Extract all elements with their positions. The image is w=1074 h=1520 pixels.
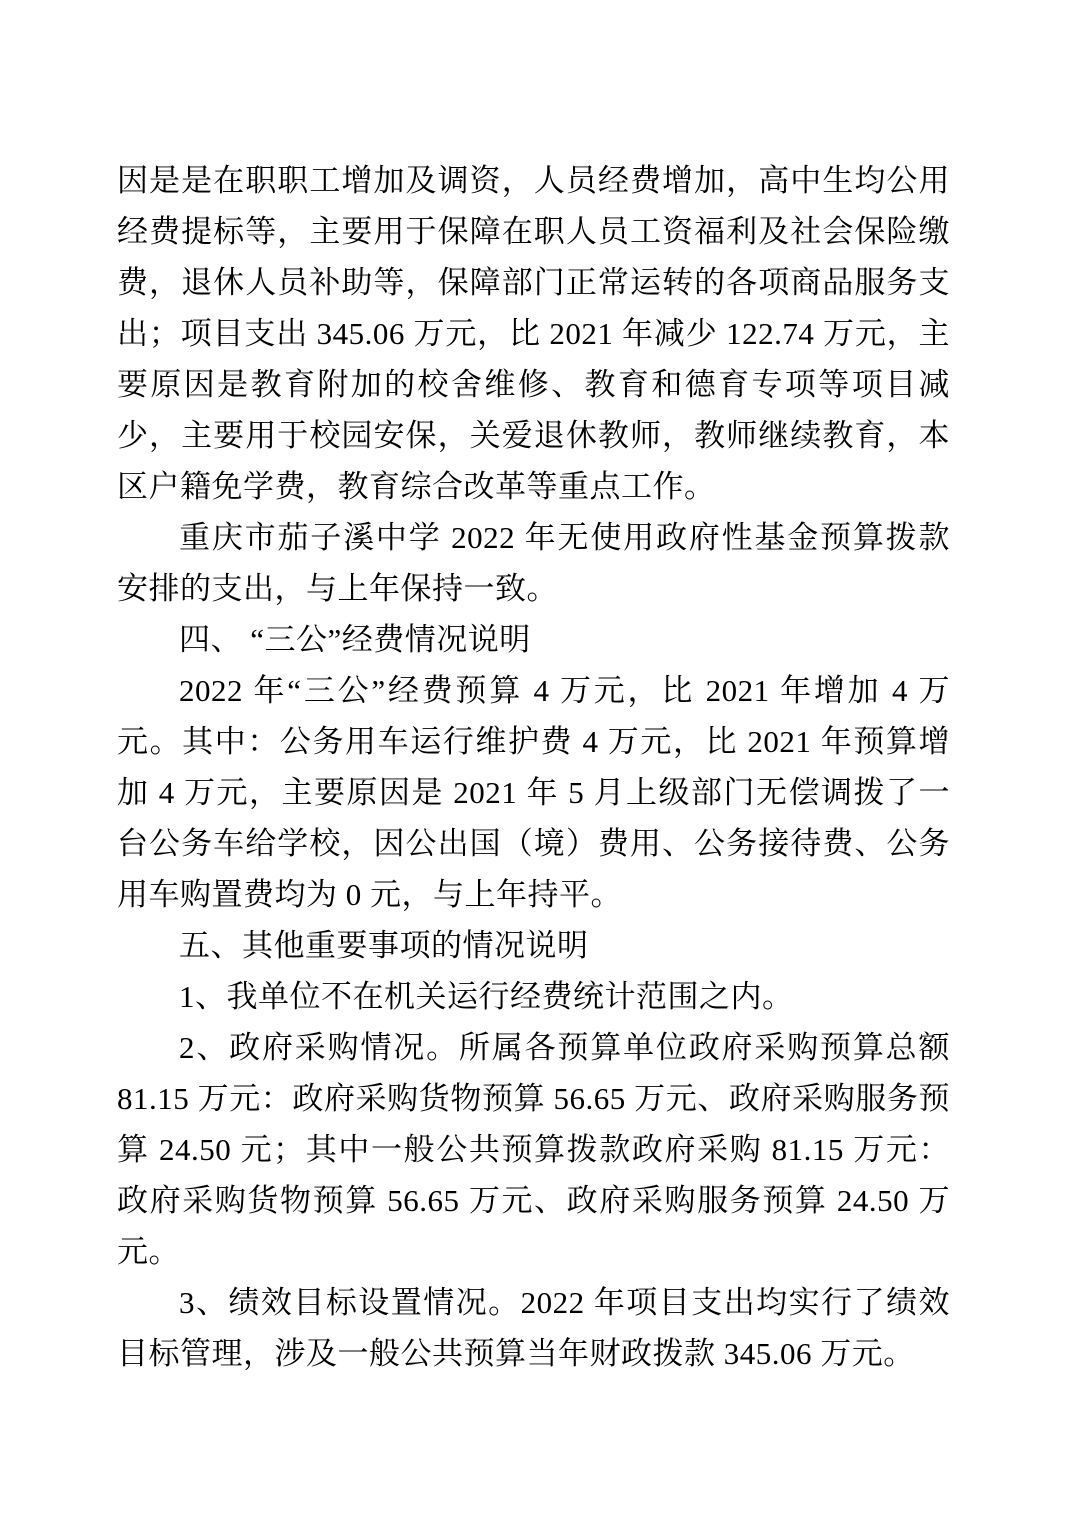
paragraph-basic-expenditure-continuation: 因是是在职职工增加及调资，人员经费增加，高中生均公用经费提标等，主要用于保障在职… — [117, 155, 950, 512]
document-page: 因是是在职职工增加及调资，人员经费增加，高中生均公用经费提标等，主要用于保障在职… — [0, 0, 1074, 1520]
document-body: 因是是在职职工增加及调资，人员经费增加，高中生均公用经费提标等，主要用于保障在职… — [117, 155, 950, 1379]
list-item-3-performance-targets: 3、绩效目标设置情况。2022 年项目支出均实行了绩效目标管理，涉及一般公共预算… — [117, 1277, 950, 1379]
section-heading-five-other-important-matters: 五、其他重要事项的情况说明 — [117, 920, 950, 971]
list-item-2-government-procurement: 2、政府采购情况。所属各预算单位政府采购预算总额 81.15 万元：政府采购货物… — [117, 1022, 950, 1277]
paragraph-sangong-expenses-detail: 2022 年“三公”经费预算 4 万元，比 2021 年增加 4 万元。其中：公… — [117, 665, 950, 920]
list-item-1-agency-operating-expenses: 1、我单位不在机关运行经费统计范围之内。 — [117, 971, 950, 1022]
section-heading-four-sangong-expenses: 四、 “三公”经费情况说明 — [117, 614, 950, 665]
paragraph-government-fund-budget: 重庆市茄子溪中学 2022 年无使用政府性基金预算拨款安排的支出，与上年保持一致… — [117, 512, 950, 614]
